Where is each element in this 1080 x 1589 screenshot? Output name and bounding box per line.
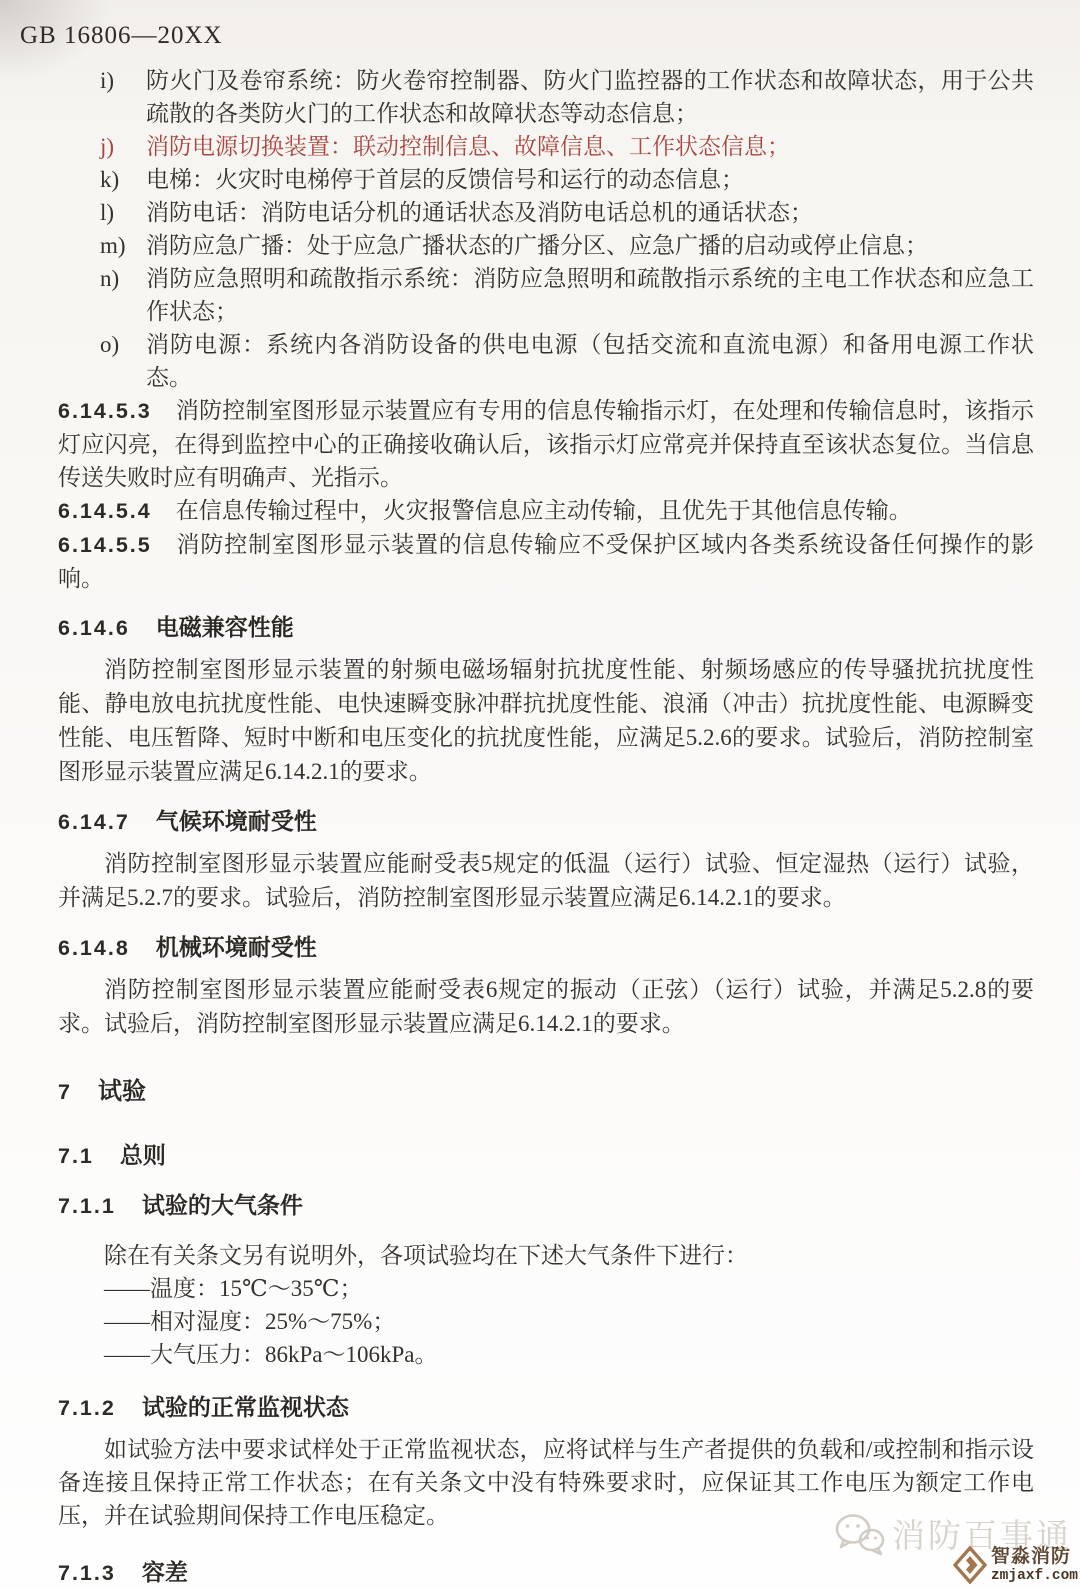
document-page: GB 16806—20XX i) 防火门及卷帘系统：防火卷帘控制器、防火门监控器… [0, 0, 1080, 1589]
paragraph: 除在有关条文另有说明外，各项试验均在下述大气条件下进行： [58, 1239, 1034, 1272]
wechat-icon [834, 1511, 886, 1557]
list-item-label: j) [100, 130, 146, 163]
list-item-text: 消防电源：系统内各消防设备的供电电源（包括交流和直流电源）和备用电源工作状态。 [146, 328, 1034, 394]
section-number: 6.14.8 [58, 936, 130, 960]
list-item-label: l) [100, 196, 146, 229]
section-heading: 7.1总则 [58, 1139, 1034, 1173]
brand-name: 智淼消防 [991, 1547, 1078, 1566]
section-heading: 7.1.1试验的大气条件 [58, 1189, 1034, 1223]
lettered-list: i) 防火门及卷帘系统：防火卷帘控制器、防火门监控器的工作状态和故障状态，用于公… [58, 64, 1034, 394]
list-item-label: n) [100, 262, 146, 328]
brand-logo-icon [953, 1546, 987, 1584]
brand-watermark: 智淼消防 zmjaxf.com [953, 1546, 1078, 1584]
section-number: 6.14.7 [58, 810, 130, 834]
condition-line: ——温度：15℃～35℃； [58, 1272, 1034, 1305]
section-number: 7.1 [58, 1144, 94, 1168]
clause-number: 6.14.5.4 [58, 499, 152, 523]
chapter-number: 7 [58, 1080, 72, 1104]
list-item: i) 防火门及卷帘系统：防火卷帘控制器、防火门监控器的工作状态和故障状态，用于公… [100, 64, 1034, 130]
section-heading: 7.1.2试验的正常监视状态 [58, 1391, 1034, 1425]
list-item-label: m) [100, 229, 146, 262]
list-item-text-highlighted: 消防电源切换装置：联动控制信息、故障信息、工作状态信息； [146, 130, 1034, 163]
list-item: m) 消防应急广播：处于应急广播状态的广播分区、应急广播的启动或停止信息； [100, 229, 1034, 262]
list-item-text: 防火门及卷帘系统：防火卷帘控制器、防火门监控器的工作状态和故障状态，用于公共疏散… [146, 64, 1034, 130]
section-heading: 6.14.7气候环境耐受性 [58, 805, 1034, 839]
section-number: 7.1.3 [58, 1561, 116, 1585]
section-title: 机械环境耐受性 [156, 934, 317, 960]
section-title: 总则 [120, 1142, 166, 1168]
brand-text-block: 智淼消防 zmjaxf.com [991, 1547, 1078, 1584]
section-heading: 6.14.6电磁兼容性能 [58, 611, 1034, 645]
list-item: n) 消防应急照明和疏散指示系统：消防应急照明和疏散指示系统的主电工作状态和应急… [100, 262, 1034, 328]
condition-line: ——大气压力：86kPa～106kPa。 [58, 1338, 1034, 1371]
list-item-text: 消防应急广播：处于应急广播状态的广播分区、应急广播的启动或停止信息； [146, 229, 1034, 262]
paragraph: 消防控制室图形显示装置的射频电磁场辐射抗扰度性能、射频场感应的传导骚扰抗扰度性能… [58, 653, 1034, 789]
list-item-text: 电梯：火灾时电梯停于首层的反馈信号和运行的动态信息； [146, 163, 1034, 196]
chapter-title: 试验 [98, 1078, 146, 1105]
section-title: 气候环境耐受性 [156, 808, 317, 834]
section-title: 电磁兼容性能 [156, 614, 294, 640]
chapter-heading: 7试验 [58, 1075, 1034, 1109]
clause-text: 消防控制室图形显示装置的信息传输应不受保护区域内各类系统设备任何操作的影响。 [58, 532, 1034, 591]
page-content: i) 防火门及卷帘系统：防火卷帘控制器、防火门监控器的工作状态和故障状态，用于公… [0, 64, 1080, 1589]
list-item: j) 消防电源切换装置：联动控制信息、故障信息、工作状态信息； [100, 130, 1034, 163]
list-item-label: i) [100, 64, 146, 130]
list-item: o) 消防电源：系统内各消防设备的供电电源（包括交流和直流电源）和备用电源工作状… [100, 328, 1034, 394]
section-title: 容差 [142, 1559, 188, 1585]
list-item: l) 消防电话：消防电话分机的通话状态及消防电话总机的通话状态； [100, 196, 1034, 229]
section-title: 试验的正常监视状态 [142, 1394, 349, 1420]
condition-line: ——相对湿度：25%～75%； [58, 1305, 1034, 1338]
section-heading: 7.1.3容差 [58, 1556, 1034, 1589]
paragraph: 消防控制室图形显示装置应能耐受表5规定的低温（运行）试验、恒定湿热（运行）试验，… [58, 847, 1034, 915]
clause-number: 6.14.5.5 [58, 533, 152, 557]
clause-text: 在信息传输过程中，火灾报警信息应主动传输，且优先于其他信息传输。 [176, 498, 912, 523]
list-item-text: 消防应急照明和疏散指示系统：消防应急照明和疏散指示系统的主电工作状态和应急工作状… [146, 262, 1034, 328]
section-number: 7.1.1 [58, 1194, 116, 1218]
clause-text: 消防控制室图形显示装置应有专用的信息传输指示灯，在处理和传输信息时，该指示灯应闪… [58, 398, 1034, 490]
list-item-label: k) [100, 163, 146, 196]
clause-number: 6.14.5.3 [58, 399, 152, 423]
section-number: 6.14.6 [58, 616, 130, 640]
doc-code: GB 16806—20XX [0, 0, 1080, 52]
brand-url: zmjaxf.com [991, 1569, 1078, 1584]
list-item-label: o) [100, 328, 146, 394]
clause: 6.14.5.4在信息传输过程中，火灾报警信息应主动传输，且优先于其他信息传输。 [58, 494, 1034, 528]
section-heading: 6.14.8机械环境耐受性 [58, 931, 1034, 965]
section-number: 7.1.2 [58, 1396, 116, 1420]
paragraph: 消防控制室图形显示装置应能耐受表6规定的振动（正弦）（运行）试验，并满足5.2.… [58, 973, 1034, 1041]
list-item-text: 消防电话：消防电话分机的通话状态及消防电话总机的通话状态； [146, 196, 1034, 229]
section-title: 试验的大气条件 [142, 1192, 303, 1218]
list-item: k) 电梯：火灾时电梯停于首层的反馈信号和运行的动态信息； [100, 163, 1034, 196]
clause: 6.14.5.5消防控制室图形显示装置的信息传输应不受保护区域内各类系统设备任何… [58, 528, 1034, 595]
clause: 6.14.5.3消防控制室图形显示装置应有专用的信息传输指示灯，在处理和传输信息… [58, 394, 1034, 494]
